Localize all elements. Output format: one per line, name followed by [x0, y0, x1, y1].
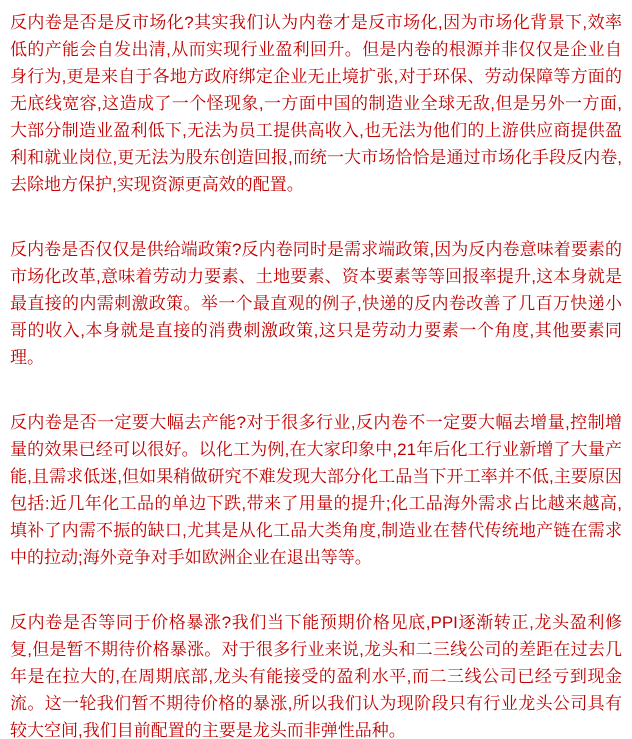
paragraph-price-surge-expectation: 反内卷是否等同于价格暴涨?我们当下能预期价格见底,PPI逐渐转正,龙头盈利修复,… — [10, 609, 622, 739]
paragraph-anti-involution-vs-marketization: 反内卷是否是反市场化?其实我们认为内卷才是反市场化,因为市场化背景下,效率低的产… — [10, 9, 622, 198]
paragraph-supply-vs-demand-policy: 反内卷是否仅仅是供给端政策?反内卷同时是需求端政策,因为反内卷意味着要素的市场化… — [10, 236, 622, 371]
article-body: 反内卷是否是反市场化?其实我们认为内卷才是反市场化,因为市场化背景下,效率低的产… — [0, 0, 632, 739]
paragraph-capacity-reduction: 反内卷是否一定要大幅去产能?对于很多行业,反内卷不一定要大幅去增量,控制增量的效… — [10, 409, 622, 571]
